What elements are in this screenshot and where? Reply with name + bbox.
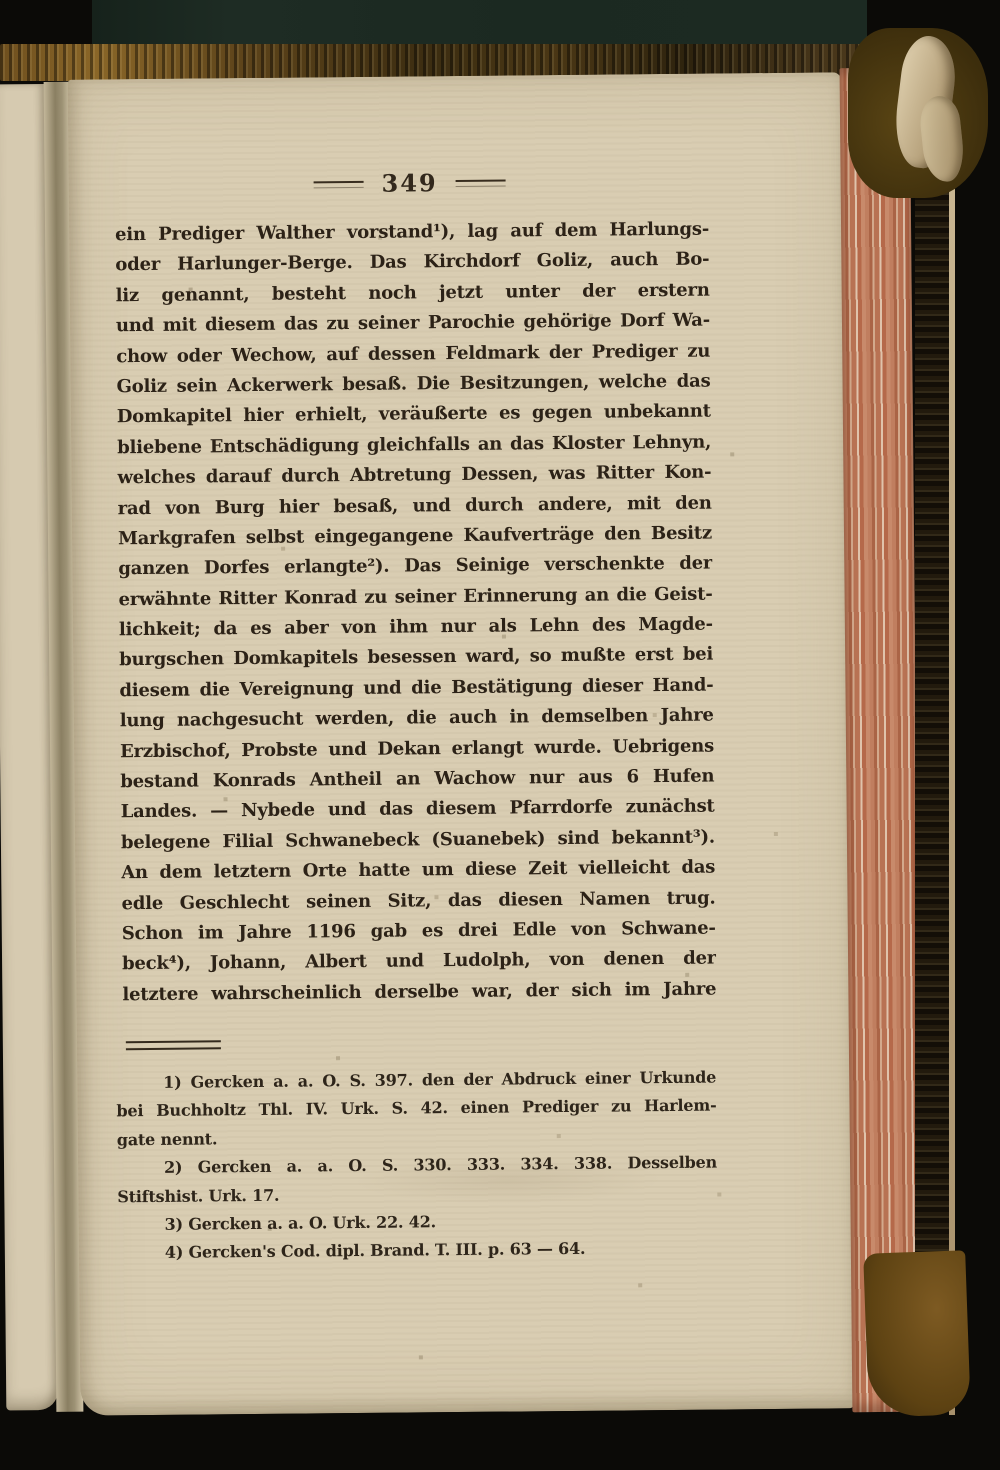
leather-corner-bottom-right	[863, 1250, 971, 1417]
page-header: 349	[68, 165, 750, 201]
fore-edge-page-stack	[840, 68, 923, 1413]
footnote-line: bei Buchholtz Thl. IV. Urk. S. 42. einen…	[116, 1092, 716, 1126]
footnote-line: 4) Gercken's Cod. dipl. Brand. T. III. p…	[118, 1234, 718, 1268]
body-line: letztere wahrscheinlich derselbe war, de…	[122, 974, 716, 1010]
open-book-page-block: 349 ein Prediger Walther vorstand¹), lag…	[0, 72, 924, 1417]
scan-canvas: { "document": { "kind": "scanned-book-pa…	[0, 0, 1000, 1470]
book-page: 349 ein Prediger Walther vorstand¹), lag…	[68, 72, 855, 1415]
footnote-rule	[126, 1040, 221, 1050]
footnote-line: 2) Gercken a. a. O. S. 330. 333. 334. 33…	[117, 1149, 717, 1183]
page-number: 349	[381, 168, 437, 198]
footnote-block: 1) Gercken a. a. O. S. 397. den der Abdr…	[116, 1064, 718, 1268]
body-line: welches darauf durch Abtretung Dessen, w…	[117, 458, 711, 494]
header-rule-right	[456, 180, 506, 187]
header-rule-left	[314, 181, 364, 188]
cover-edge-line	[949, 55, 955, 1415]
body-text: ein Prediger Walther vorstand¹), lag auf…	[115, 215, 717, 1011]
paper-speckles	[68, 80, 70, 82]
cover-edge-dark	[915, 58, 951, 1410]
